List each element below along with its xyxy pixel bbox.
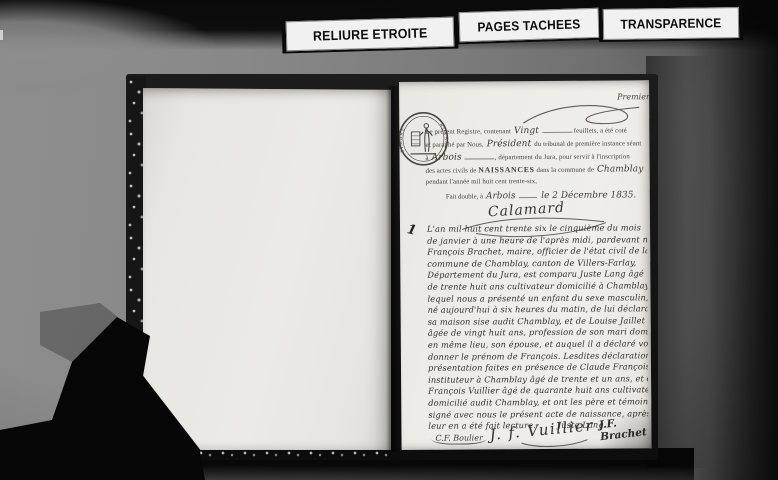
handwritten-fill: Président (484, 139, 535, 149)
printed-text: Fait double, à (446, 193, 483, 200)
blank-rule (542, 126, 572, 133)
act-line: de trente huit ans cultivateur domicilié… (427, 280, 647, 293)
archival-photo: Premier. TIMBRE ROYAL Le présent (0, 0, 778, 480)
printed-text: , département du Jura, pour servir à l'i… (495, 153, 630, 161)
header-line-1: Le présent Registre, contenantVingt feui… (425, 125, 627, 136)
condition-label-reliure-etroite: RELIURE ETROITE (282, 15, 459, 54)
header-line-4: des actes civils de NAISSANCES dans la c… (426, 164, 647, 176)
act-number-mark: 1 (405, 222, 417, 239)
condition-label-transparence: TRANSPARENCE (599, 5, 743, 42)
witness-signature-boulier: C.F. Boulier (431, 433, 486, 444)
printed-text: et paraphé par Nous, (425, 141, 483, 148)
handwritten-fill: Chamblay (594, 164, 647, 174)
blank-rule (465, 152, 495, 159)
label-text: PAGES TACHEES (477, 16, 580, 34)
label-face: TRANSPARENCE (603, 7, 739, 40)
printed-text: pendant l'année mil huit cent trente-six… (426, 178, 537, 186)
page-clamp-object (0, 290, 220, 480)
handwritten-date: le 2 Décembre 1835. (538, 190, 639, 201)
register-type-naissances: NAISSANCES (478, 165, 534, 174)
signature-underline-flourish-icon (519, 437, 589, 449)
label-text: RELIURE ETROITE (313, 25, 428, 43)
label-text: TRANSPARENCE (620, 15, 721, 31)
handwritten-fill: Arbois (483, 191, 519, 201)
printed-text: des actes civils de (426, 167, 477, 174)
label-face: RELIURE ETROITE (286, 17, 455, 52)
header-line-2: et paraphé par Nous,Présidentdu tribunal… (425, 138, 641, 150)
closing-date-line: Fait double, àArbois le 2 Décembre 1835. (446, 190, 640, 201)
act-body-text: L'an mil huit cent trente six le cinquiè… (427, 222, 648, 432)
condition-label-pages-tachees: PAGES TACHEES (455, 6, 604, 45)
printed-text: du tribunal de première instance séant (534, 140, 641, 148)
act-line: en même lieu, son épouse, et auquel il a… (428, 338, 648, 351)
printed-text: dans la commune de (536, 167, 594, 174)
label-face: PAGES TACHEES (459, 8, 600, 42)
register-right-page: Premier. TIMBRE ROYAL Le présent (399, 80, 652, 450)
blank-rule (518, 191, 536, 198)
header-line-5: pendant l'année mil huit cent trente-six… (426, 178, 537, 186)
film-edge-speck (0, 30, 3, 40)
page-corner-shadow (601, 406, 651, 448)
act-line: L'an mil huit cent trente six le cinquiè… (427, 222, 647, 235)
printed-text: feuillets, a été coté (574, 127, 627, 134)
header-line-3: àArbois, département du Jura, pour servi… (425, 151, 629, 162)
marbled-bottom-edge (196, 450, 392, 457)
handwritten-fill: Arbois (429, 152, 465, 162)
printed-text: Le présent Registre, contenant (425, 128, 511, 136)
handwritten-fill: Vingt (511, 126, 542, 136)
